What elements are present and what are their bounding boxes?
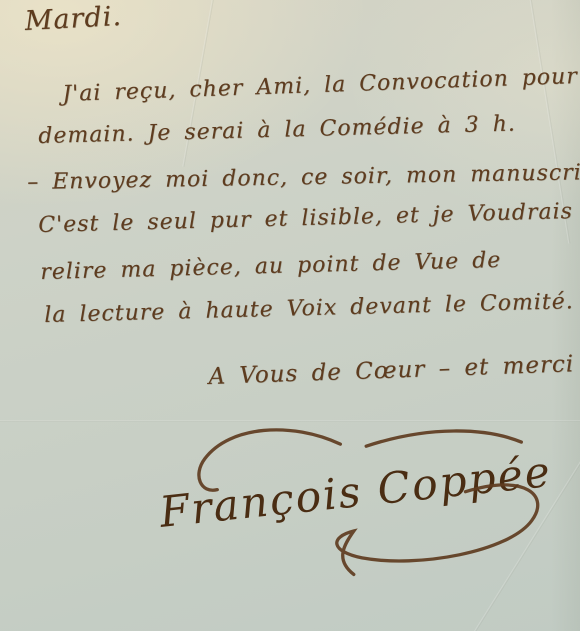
signature-name-text: François Coppée — [156, 447, 554, 537]
letter-body-line: relire ma pièce, au point de Vue de — [40, 248, 502, 285]
letter-body-line: – Envoyez moi donc, ce soir, mon manuscr… — [27, 160, 580, 195]
letter-closing: A Vous de Cœur – et merci — [208, 351, 575, 390]
letter-date-line: Mardi. — [24, 1, 123, 37]
letter-body-line: C'est le seul pur et lisible, et je Voud… — [38, 199, 573, 238]
letter-body-line: demain. Je serai à la Comédie à 3 h. — [38, 111, 516, 148]
signature: François Coppée — [118, 416, 542, 584]
signature-flourish-topbar-icon — [366, 431, 521, 446]
letter-body-line: la lecture à haute Voix devant le Comité… — [44, 289, 574, 328]
letter-paper: Mardi. J'ai reçu, cher Ami, la Convocati… — [0, 0, 580, 631]
letter-body-line: J'ai reçu, cher Ami, la Convocation pour — [62, 64, 578, 107]
